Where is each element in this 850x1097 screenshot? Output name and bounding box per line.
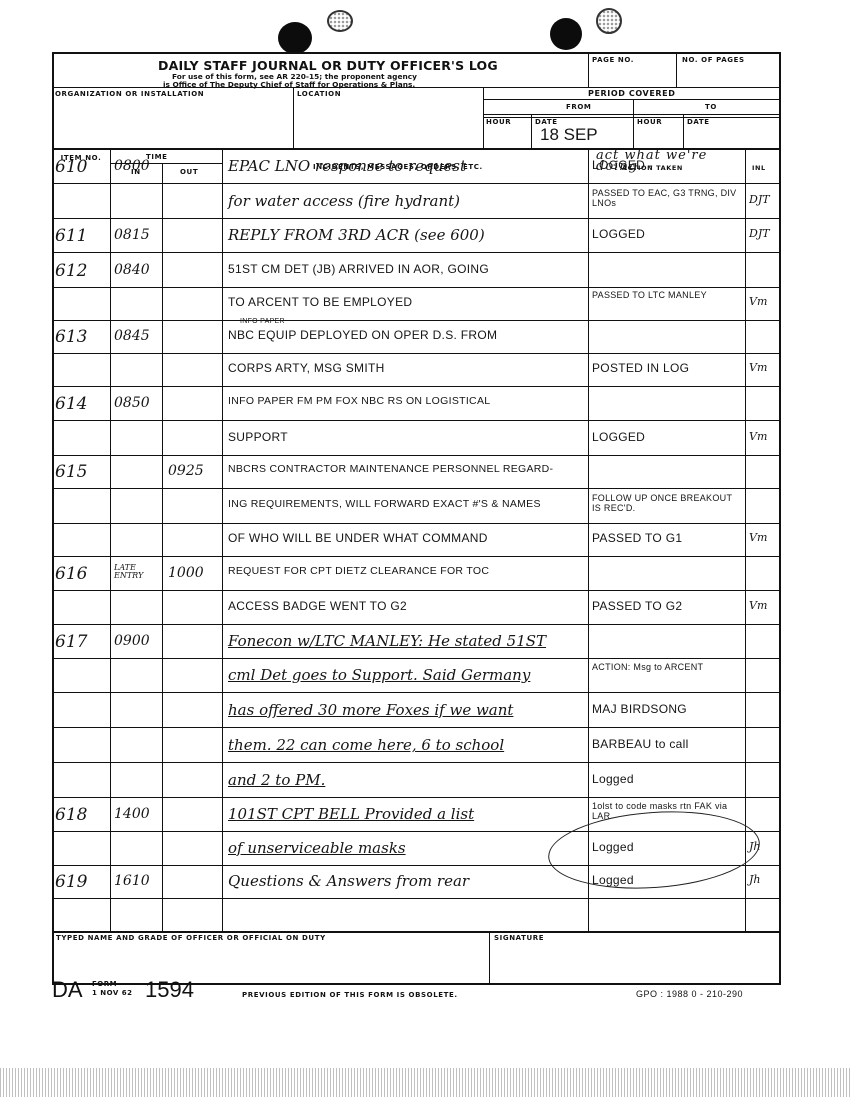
to-date-field[interactable] (687, 128, 777, 146)
from-date-value[interactable]: 18 SEP (540, 126, 598, 143)
signature-field[interactable] (494, 946, 776, 980)
item-no-cell[interactable]: 617 (55, 634, 87, 651)
to-hour-field[interactable] (637, 128, 679, 146)
punch-hole-right (550, 18, 582, 50)
signature-label: SIGNATURE (494, 934, 544, 942)
action-taken-cell[interactable]: LOGGED (592, 228, 645, 240)
location-label: LOCATION (297, 90, 341, 98)
initials-cell[interactable]: Vm (749, 532, 767, 543)
item-no-cell[interactable]: 614 (55, 396, 87, 413)
incident-text-cell[interactable]: OF WHO WILL BE UNDER WHAT COMMAND (228, 532, 488, 544)
incident-text-cell[interactable]: REQUEST FOR CPT DIETZ CLEARANCE FOR TOC (228, 566, 489, 577)
from-hour-label: HOUR (486, 118, 511, 126)
action-taken-cell[interactable]: LOGGED - (592, 159, 653, 171)
item-no-cell[interactable]: 616 (55, 566, 87, 583)
form-date: 1 NOV 62 (92, 989, 133, 997)
item-no-cell[interactable]: 612 (55, 263, 87, 280)
no-of-pages-label: NO. OF PAGES (682, 56, 745, 64)
table-row: 6130845NBC EQUIP DEPLOYED ON OPER D.S. F… (52, 319, 781, 353)
time-in-cell[interactable]: 0800 (114, 159, 150, 173)
time-in-cell[interactable]: 0900 (114, 634, 150, 648)
table-row: ACCESS BADGE WENT TO G2PASSED TO G2Vm (52, 590, 781, 624)
action-taken-cell[interactable]: PASSED TO G1 (592, 532, 682, 544)
table-row: CORPS ARTY, MSG SMITHPOSTED IN LOGVm (52, 352, 781, 386)
table-row: SUPPORTLOGGEDVm (52, 421, 781, 455)
action-taken-cell[interactable]: FOLLOW UP ONCE BREAKOUT IS REC'D. (592, 493, 742, 513)
initials-cell[interactable]: Jh (749, 874, 761, 885)
table-row: 6170900Fonecon w/LTC MANLEY: He stated 5… (52, 624, 781, 658)
no-of-pages-field[interactable] (682, 66, 777, 84)
page-no-label: PAGE NO. (592, 56, 634, 64)
previous-edition-note: PREVIOUS EDITION OF THIS FORM IS OBSOLET… (242, 991, 458, 999)
incident-text-cell[interactable]: 51ST CM DET (JB) ARRIVED IN AOR, GOING (228, 263, 489, 275)
organization-label: ORGANIZATION OR INSTALLATION (55, 90, 204, 98)
time-out-cell[interactable]: 0925 (168, 464, 204, 478)
action-taken-cell[interactable]: LOGGED (592, 431, 645, 443)
punch-hole-ring-right (596, 8, 622, 34)
incident-text-cell[interactable]: TO ARCENT TO BE EMPLOYED (228, 296, 412, 308)
incident-text-cell[interactable]: REPLY FROM 3RD ACR (see 600) (228, 228, 485, 243)
initials-cell[interactable]: Vm (749, 362, 767, 373)
from-hour-field[interactable] (486, 128, 528, 146)
action-taken-cell[interactable]: POSTED IN LOG (592, 362, 689, 374)
initials-cell[interactable]: DJT (749, 194, 770, 205)
form-title: DAILY STAFF JOURNAL OR DUTY OFFICER'S LO… (158, 58, 498, 73)
table-row: 6150925NBCRS CONTRACTOR MAINTENANCE PERS… (52, 454, 781, 488)
incident-text-cell[interactable]: and 2 to PM. (228, 773, 325, 788)
organization-field[interactable] (55, 100, 289, 144)
table-row: 6110815REPLY FROM 3RD ACR (see 600)LOGGE… (52, 218, 781, 252)
table-row: has offered 30 more Foxes if we wantMAJ … (52, 693, 781, 727)
action-taken-cell[interactable]: MAJ BIRDSONG (592, 703, 687, 715)
action-taken-cell[interactable]: Logged (592, 773, 634, 785)
time-in-cell[interactable]: 0815 (114, 228, 150, 242)
initials-cell[interactable]: Vm (749, 296, 767, 307)
action-taken-cell[interactable]: ACTION: Msg to ARCENT (592, 662, 742, 672)
form-word: FORM (92, 980, 117, 988)
incident-text-cell[interactable]: for water access (fire hydrant) (228, 194, 460, 209)
incident-text-cell[interactable]: INFO PAPER FM PM FOX NBC RS ON LOGISTICA… (228, 396, 490, 407)
time-out-cell[interactable]: 1000 (168, 566, 204, 580)
item-no-cell[interactable]: 611 (55, 228, 87, 245)
table-row: ING REQUIREMENTS, WILL FORWARD EXACT #'S… (52, 489, 781, 523)
incident-text-cell[interactable]: NBC EQUIP DEPLOYED ON OPER D.S. FROM (228, 329, 497, 341)
action-taken-cell[interactable]: PASSED TO LTC MANLEY (592, 290, 742, 300)
table-row: 6140850INFO PAPER FM PM FOX NBC RS ON LO… (52, 386, 781, 420)
to-label: TO (705, 103, 717, 111)
action-taken-cell[interactable]: PASSED TO EAC, G3 TRNG, DIV LNOs (592, 188, 742, 208)
action-taken-cell[interactable]: BARBEAU to call (592, 738, 689, 750)
punch-hole-ring-left (327, 10, 353, 32)
table-row: OF WHO WILL BE UNDER WHAT COMMANDPASSED … (52, 522, 781, 556)
time-in-cell[interactable]: LATE ENTRY (114, 564, 158, 580)
table-row: and 2 to PM.Logged (52, 763, 781, 797)
time-in-cell[interactable]: 0850 (114, 396, 150, 410)
location-field[interactable] (297, 100, 479, 144)
table-row: TO ARCENT TO BE EMPLOYEDPASSED TO LTC MA… (52, 286, 781, 320)
incident-text-cell[interactable]: has offered 30 more Foxes if we want (228, 703, 513, 718)
table-row (52, 897, 781, 931)
from-label: FROM (566, 103, 592, 111)
incident-text-cell[interactable]: ING REQUIREMENTS, WILL FORWARD EXACT #'S… (228, 499, 541, 510)
table-row: 612084051ST CM DET (JB) ARRIVED IN AOR, … (52, 253, 781, 287)
typed-name-label: TYPED NAME AND GRADE OF OFFICER OR OFFIC… (56, 934, 326, 942)
table-row: for water access (fire hydrant)PASSED TO… (52, 184, 781, 218)
form-number: 1594 (145, 977, 194, 1003)
punch-hole-left (278, 22, 312, 54)
time-in-cell[interactable]: 0840 (114, 263, 150, 277)
table-row: them. 22 can come here, 6 to schoolBARBE… (52, 728, 781, 762)
incident-text-cell[interactable]: SUPPORT (228, 431, 288, 443)
item-no-cell[interactable]: 610 (55, 159, 87, 176)
period-covered-label: PERIOD COVERED (588, 89, 675, 98)
scan-noise (0, 1068, 850, 1097)
incident-annotation: INFO PAPER (240, 318, 285, 325)
incident-text-cell[interactable]: them. 22 can come here, 6 to school (228, 738, 504, 753)
incident-text-cell[interactable]: NBCRS CONTRACTOR MAINTENANCE PERSONNEL R… (228, 464, 553, 475)
page-no-field[interactable] (592, 66, 672, 84)
item-no-cell[interactable]: 619 (55, 874, 87, 891)
incident-text-cell[interactable]: EPAC LNO response to request (228, 159, 466, 174)
action-taken-cell[interactable]: PASSED TO G2 (592, 600, 682, 612)
incident-text-cell[interactable]: ACCESS BADGE WENT TO G2 (228, 600, 407, 612)
typed-name-field[interactable] (56, 946, 484, 980)
incident-text-cell[interactable]: Questions & Answers from rear (228, 874, 469, 889)
form-prefix: DA (52, 977, 83, 1003)
form-subtitle-2: is Office of The Deputy Chief of Staff f… (163, 80, 415, 89)
time-in-cell[interactable]: 0845 (114, 329, 150, 343)
incident-text-cell[interactable]: 101ST CPT BELL Provided a list (228, 807, 474, 822)
table-row: cml Det goes to Support. Said GermanyACT… (52, 658, 781, 692)
to-hour-label: HOUR (637, 118, 662, 126)
table-row: 616LATE ENTRY1000REQUEST FOR CPT DIETZ C… (52, 556, 781, 590)
item-no-cell[interactable]: 613 (55, 329, 87, 346)
incident-text-cell[interactable]: Fonecon w/LTC MANLEY: He stated 51ST (228, 634, 546, 649)
initials-cell[interactable]: Vm (749, 600, 767, 611)
table-row: 6100800EPAC LNO response to requestLOGGE… (52, 149, 781, 183)
incident-text-cell[interactable]: cml Det goes to Support. Said Germany (228, 668, 530, 683)
item-no-cell[interactable]: 615 (55, 464, 87, 481)
to-date-label: DATE (687, 118, 710, 126)
incident-text-cell[interactable]: CORPS ARTY, MSG SMITH (228, 362, 385, 374)
gpo-number: GPO : 1988 0 - 210-290 (636, 989, 743, 999)
item-no-cell[interactable]: 618 (55, 807, 87, 824)
time-in-cell[interactable]: 1400 (114, 807, 150, 821)
incident-text-cell[interactable]: of unserviceable masks (228, 841, 406, 856)
time-in-cell[interactable]: 1610 (114, 874, 150, 888)
initials-cell[interactable]: DJT (749, 228, 770, 239)
initials-cell[interactable]: Vm (749, 431, 767, 442)
